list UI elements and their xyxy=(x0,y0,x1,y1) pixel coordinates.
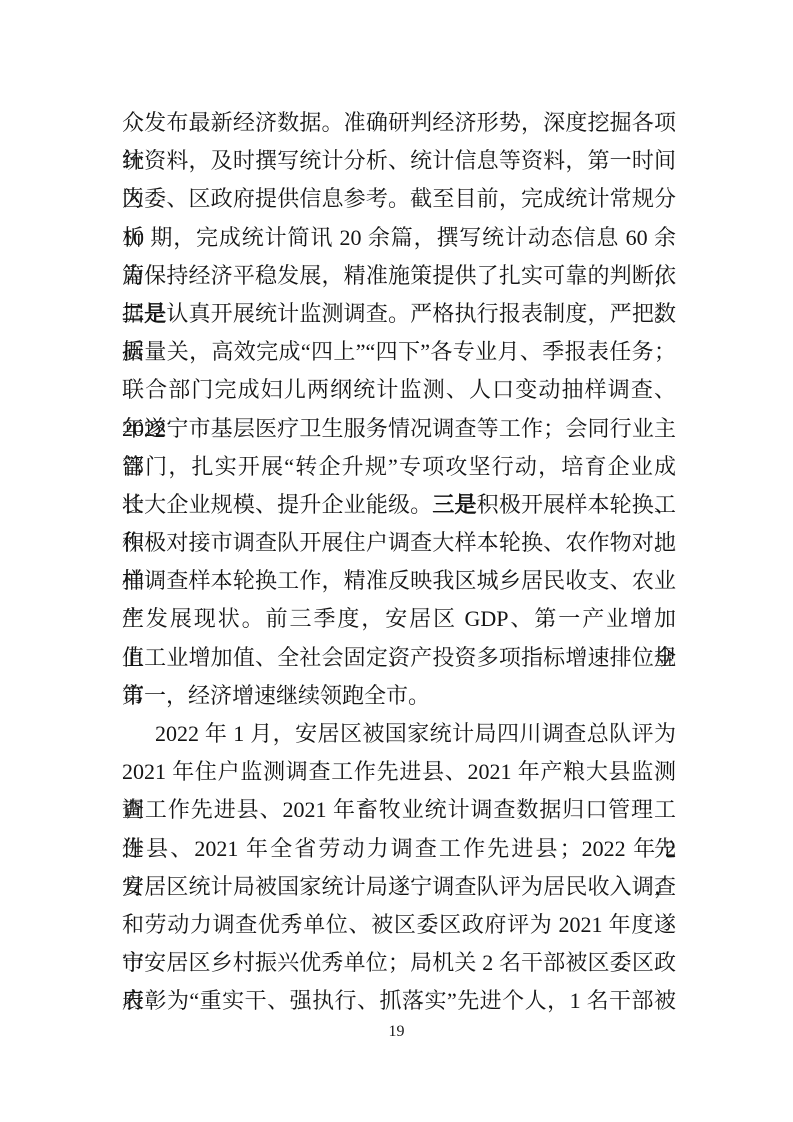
text-line: 第一，经济增速继续领跑全市。 xyxy=(122,677,676,715)
text-line: 二是认真开展统计监测调查。严格执行报表制度，严把数据 xyxy=(122,295,676,333)
text-line: 样调查样本轮换工作，精准反映我区城乡居民收支、农业生 xyxy=(122,562,676,600)
text-line: 为保持经济平稳发展，精准施策提供了扎实可靠的判断依据。 xyxy=(122,257,676,295)
text-line: 进县、2021 年全省劳动力调查工作先进县；2022 年 2 月， xyxy=(122,830,676,868)
text-run: 2022 年 1 月，安居区被国家统计局四川调查总队评为 xyxy=(155,721,676,746)
text-line: 壮大企业规模、提升企业能级。三是积极开展样本轮换工作。 xyxy=(122,486,676,524)
text-line: 质量关，高效完成“四上”“四下”各专业月、季报表任务； xyxy=(122,333,676,371)
text-run: 表彰为“重实干、强执行、抓落实”先进个人，1 名干部被 xyxy=(122,988,676,1013)
text-line: 2022 年 1 月，安居区被国家统计局四川调查总队评为 xyxy=(122,715,676,753)
emphasis-run: 二是 xyxy=(122,301,166,326)
text-run: 第一，经济增速继续领跑全市。 xyxy=(122,683,430,708)
text-line: 10 期，完成统计简讯 20 余篇，撰写统计动态信息 60 余篇， xyxy=(122,219,676,257)
text-line: 2021 年住户监测调查工作先进县、2021 年产粮大县监测调 xyxy=(122,753,676,791)
text-block: 众发布最新经济数据。准确研判经济形势，深度挖掘各项统计资料，及时撰写统计分析、统… xyxy=(122,104,676,1021)
text-line: 联合部门完成妇儿两纲统计监测、人口变动抽样调查、2022 xyxy=(122,371,676,409)
text-line: 和劳动力调查优秀单位、被区委区政府评为 2021 年度遂宁 xyxy=(122,906,676,944)
text-line: 区委、区政府提供信息参考。截至目前，完成统计常规分析 xyxy=(122,180,676,218)
text-line: 查工作先进县、2021 年畜牧业统计调查数据归口管理工作先 xyxy=(122,791,676,829)
document-page: { "document": { "background_color": "#ff… xyxy=(0,0,793,1122)
text-line: 上工业增加值、全社会固定资产投资多项指标增速排位全市 xyxy=(122,639,676,677)
text-run: 安居区统计局被国家统计局遂宁调查队评为居民收入调查 xyxy=(122,874,676,899)
text-run: 壮大企业规模、提升企业能级。 xyxy=(122,492,432,517)
text-line: 年遂宁市基层医疗卫生服务情况调查等工作；会同行业主管 xyxy=(122,410,676,448)
text-line: 部门，扎实开展“转企升规”专项攻坚行动，培育企业成长、 xyxy=(122,448,676,486)
text-run: 质量关，高效完成“四上”“四下”各专业月、季报表任务； xyxy=(122,339,676,364)
text-line: 产发展现状。前三季度，安居区 GDP、第一产业增加值、规 xyxy=(122,600,676,638)
text-line: 积极对接市调查队开展住户调查大样本轮换、农作物对地抽 xyxy=(122,524,676,562)
emphasis-run: 三是 xyxy=(432,492,476,517)
text-line: 众发布最新经济数据。准确研判经济形势，深度挖掘各项统 xyxy=(122,104,676,142)
text-line: 表彰为“重实干、强执行、抓落实”先进个人，1 名干部被 xyxy=(122,982,676,1020)
page: 众发布最新经济数据。准确研判经济形势，深度挖掘各项统计资料，及时撰写统计分析、统… xyxy=(0,0,793,1122)
page-number: 19 xyxy=(0,1022,793,1042)
text-line: 市安居区乡村振兴优秀单位；局机关 2 名干部被区委区政府 xyxy=(122,944,676,982)
text-line: 安居区统计局被国家统计局遂宁调查队评为居民收入调查 xyxy=(122,868,676,906)
text-line: 计资料，及时撰写统计分析、统计信息等资料，第一时间为 xyxy=(122,142,676,180)
